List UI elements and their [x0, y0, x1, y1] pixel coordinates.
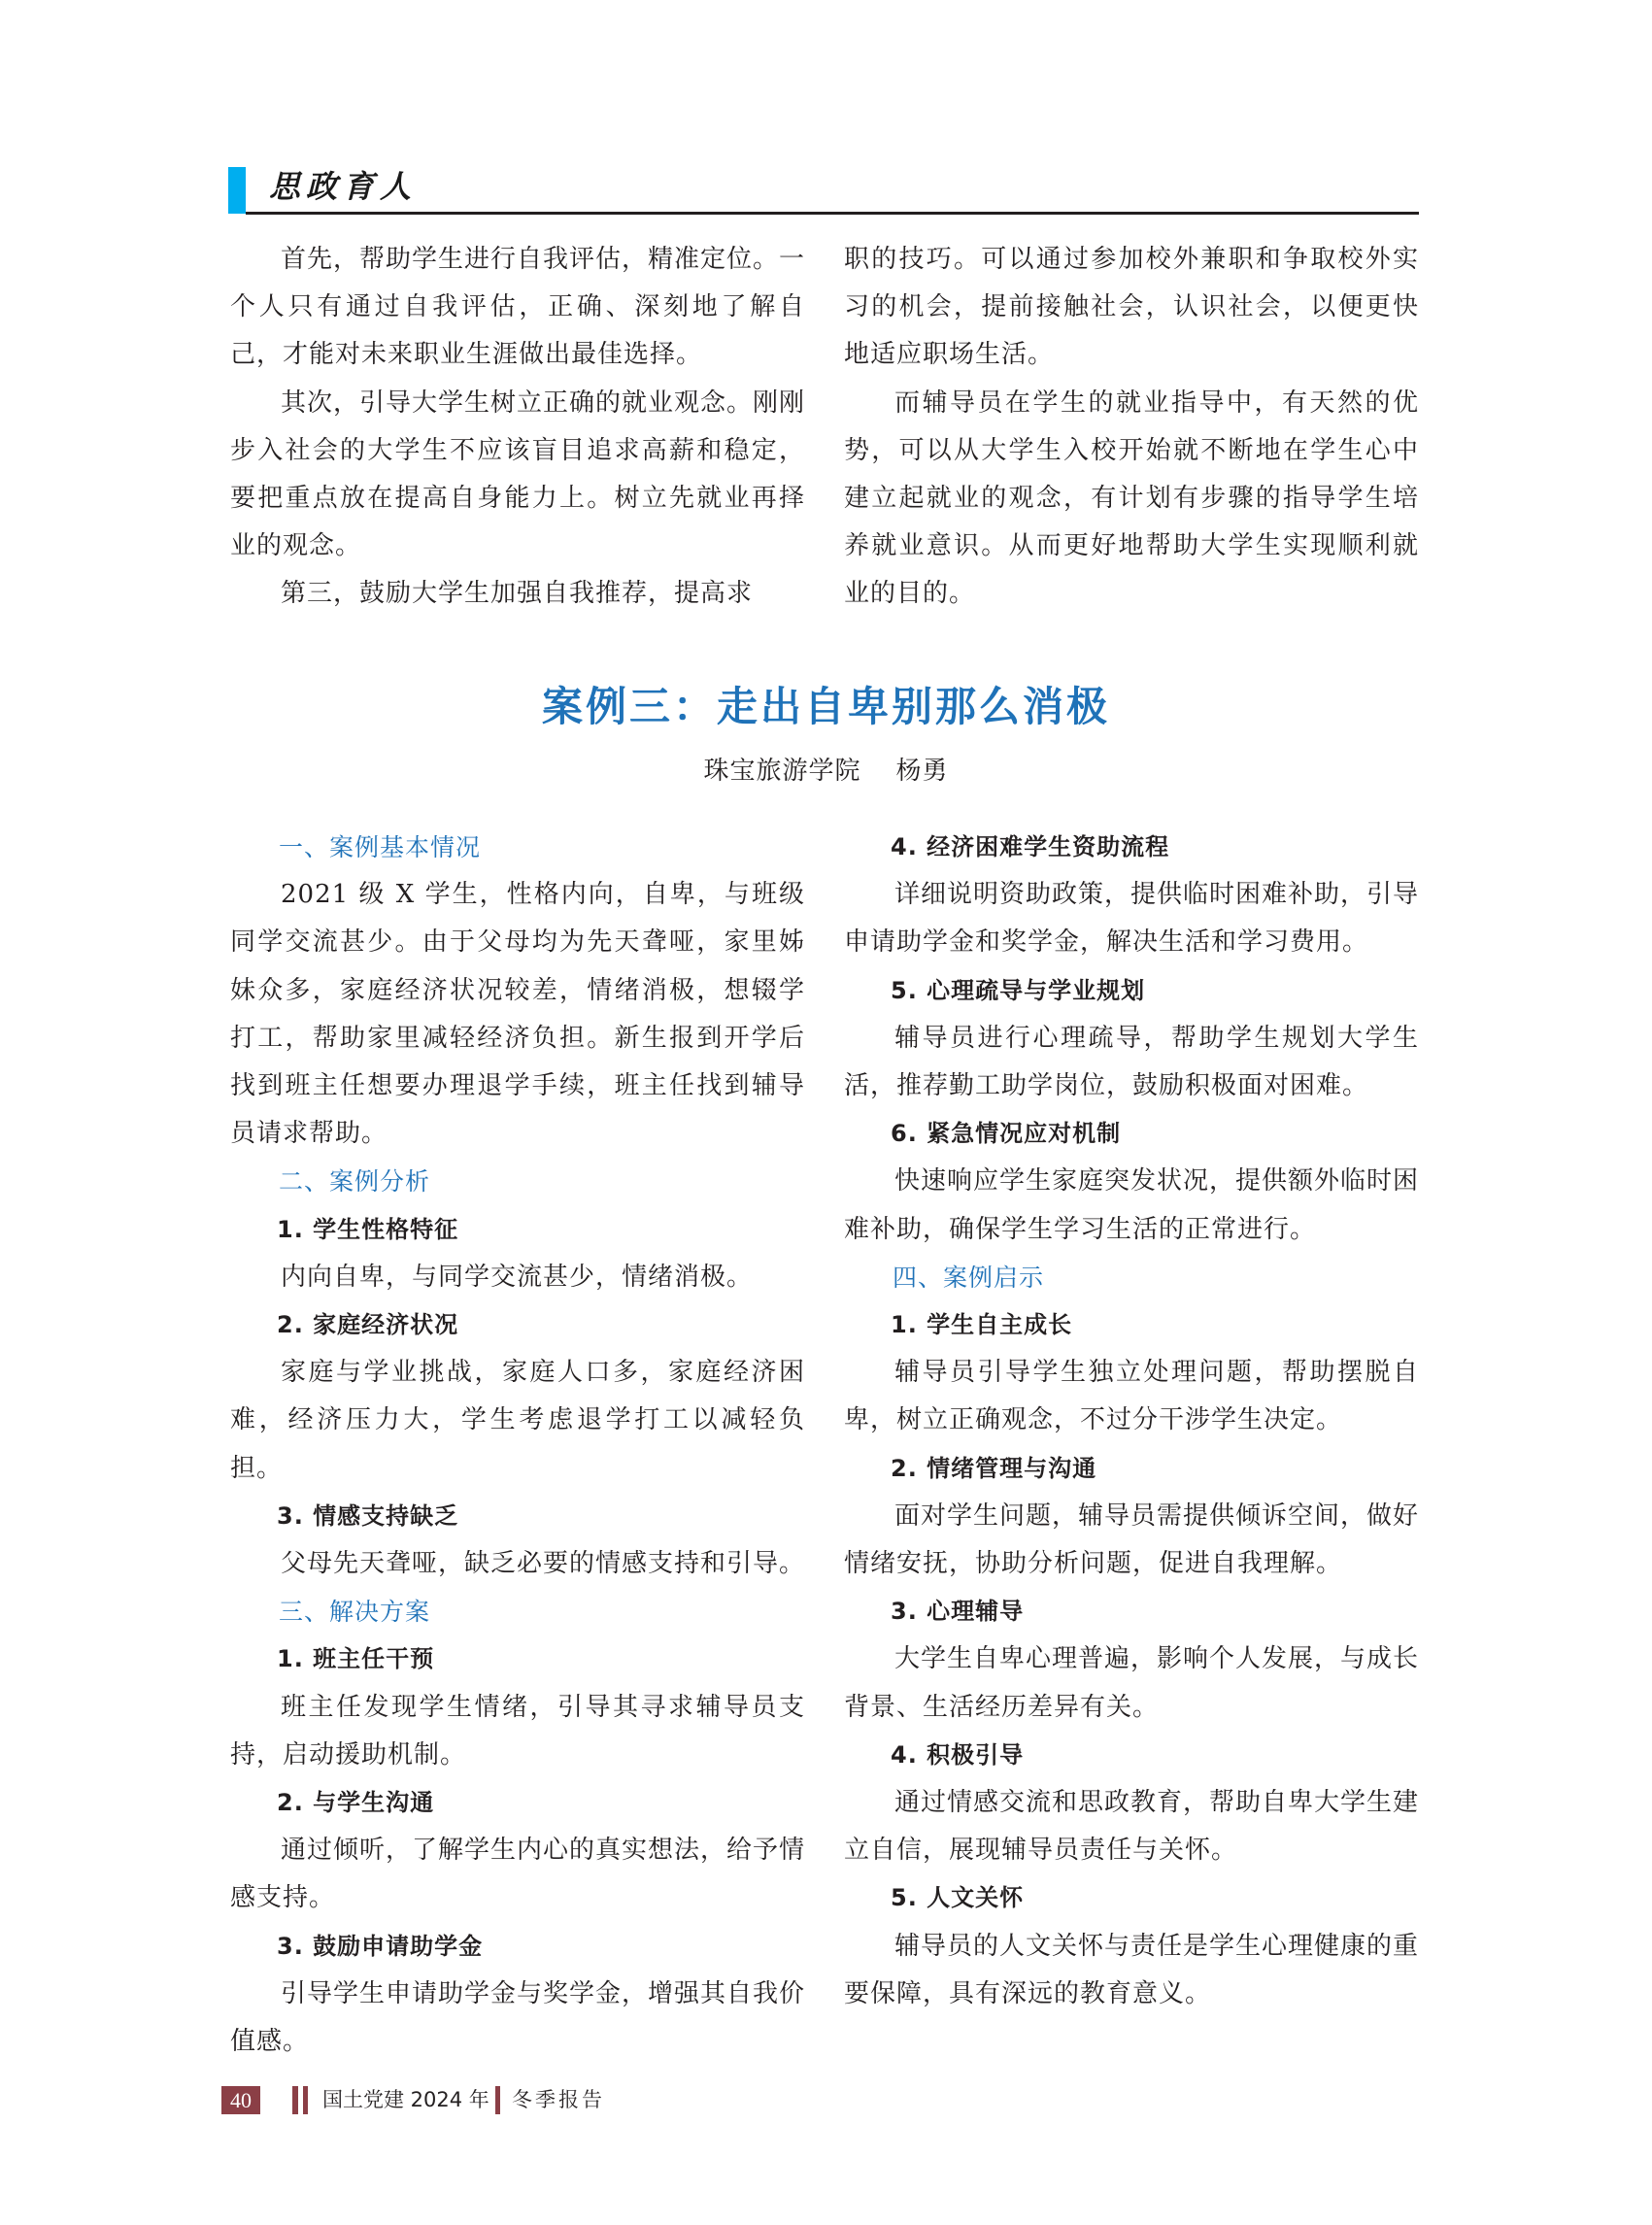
section-heading: 二、案例分析 — [230, 1158, 805, 1205]
item-heading: 5. 心理疏导与学业规划 — [844, 967, 1419, 1015]
item-heading: 6. 紧急情况应对机制 — [844, 1110, 1419, 1158]
item-heading: 4. 积极引导 — [844, 1732, 1419, 1779]
author-name: 杨勇 — [896, 757, 949, 786]
item-text: 通过倾听，了解学生内心的真实想法，给予情感支持。 — [230, 1827, 805, 1922]
intro-continuation: 职的技巧。可以通过参加校外兼职和争取校外实习的机会，提前接触社会，认识社会，以便… — [844, 236, 1419, 380]
intro-left-column: 首先，帮助学生进行自我评估，精准定位。一个人只有通过自我评估，正确、深刻地了解自… — [230, 236, 805, 619]
section-heading: 四、案例启示 — [844, 1254, 1419, 1301]
item-heading: 5. 人文关怀 — [844, 1874, 1419, 1922]
item-text: 引导学生申请助学金与奖学金，增强其自我价值感。 — [230, 1971, 805, 2066]
item-text: 通过情感交流和思政教育，帮助自卑大学生建立自信，展现辅导员责任与关怀。 — [844, 1779, 1419, 1874]
item-heading: 3. 心理辅导 — [844, 1588, 1419, 1635]
item-text: 辅导员进行心理疏导，帮助学生规划大学生活，推荐勤工助学岗位，鼓励积极面对困难。 — [844, 1015, 1419, 1110]
issue-name: 冬季报告 — [512, 2086, 605, 2114]
section-heading: 一、案例基本情况 — [230, 824, 805, 871]
item-text: 大学生自卑心理普遍，影响个人发展，与成长背景、生活经历差异有关。 — [844, 1635, 1419, 1731]
intro-paragraph: 首先，帮助学生进行自我评估，精准定位。一个人只有通过自我评估，正确、深刻地了解自… — [230, 236, 805, 380]
section-heading: 三、解决方案 — [230, 1588, 805, 1635]
item-text: 内向自卑，与同学交流甚少，情绪消极。 — [230, 1254, 805, 1301]
item-heading: 3. 情感支持缺乏 — [230, 1493, 805, 1540]
article-byline: 珠宝旅游学院杨勇 — [0, 752, 1652, 791]
intro-paragraph: 第三，鼓励大学生加强自我推荐，提高求 — [230, 570, 805, 618]
section-paragraph: 2021 级 X 学生，性格内向，自卑，与班级同学交流甚少。由于父母均为先天聋哑… — [230, 871, 805, 1158]
item-heading: 3. 鼓励申请助学金 — [230, 1923, 805, 1971]
item-heading: 2. 与学生沟通 — [230, 1779, 805, 1827]
item-text: 家庭与学业挑战，家庭人口多，家庭经济困难，经济压力大，学生考虑退学打工以减轻负担… — [230, 1349, 805, 1493]
article-title: 案例三：走出自卑别那么消极 — [0, 680, 1652, 734]
footer-separator-bar — [495, 2086, 500, 2114]
item-heading: 1. 班主任干预 — [230, 1635, 805, 1683]
body-right-column: 4. 经济困难学生资助流程 详细说明资助政策，提供临时困难补助，引导申请助学金和… — [844, 824, 1419, 2018]
item-heading: 2. 情绪管理与沟通 — [844, 1445, 1419, 1493]
item-heading: 1. 学生自主成长 — [844, 1301, 1419, 1349]
item-text: 快速响应学生家庭突发状况，提供额外临时困难补助，确保学生学习生活的正常进行。 — [844, 1158, 1419, 1253]
intro-paragraph: 而辅导员在学生的就业指导中，有天然的优势，可以从大学生入校开始就不断地在学生心中… — [844, 380, 1419, 619]
intro-right-column: 职的技巧。可以通过参加校外兼职和争取校外实习的机会，提前接触社会，认识社会，以便… — [844, 236, 1419, 619]
item-heading: 2. 家庭经济状况 — [230, 1301, 805, 1349]
section-title: 思政育人 — [269, 167, 417, 206]
publication-name: 国土党建 2024 年 — [322, 2086, 489, 2114]
item-text: 辅导员的人文关怀与责任是学生心理健康的重要保障，具有深远的教育意义。 — [844, 1923, 1419, 2018]
item-heading: 1. 学生性格特征 — [230, 1206, 805, 1254]
header-rule — [246, 212, 1419, 215]
header-accent-bar — [228, 167, 246, 214]
section-header: 思政育人 — [228, 167, 1419, 214]
intro-paragraph: 其次，引导大学生树立正确的就业观念。刚刚步入社会的大学生不应该盲目追求高薪和稳定… — [230, 380, 805, 571]
item-text: 父母先天聋哑，缺乏必要的情感支持和引导。 — [230, 1540, 805, 1588]
item-heading: 4. 经济困难学生资助流程 — [844, 824, 1419, 871]
body-left-column: 一、案例基本情况 2021 级 X 学生，性格内向，自卑，与班级同学交流甚少。由… — [230, 824, 805, 2066]
item-text: 辅导员引导学生独立处理问题，帮助摆脱自卑，树立正确观念，不过分干涉学生决定。 — [844, 1349, 1419, 1444]
author-affiliation: 珠宝旅游学院 — [703, 757, 860, 786]
item-text: 详细说明资助政策，提供临时困难补助，引导申请助学金和奖学金，解决生活和学习费用。 — [844, 871, 1419, 966]
page-number: 40 — [221, 2086, 260, 2114]
item-text: 班主任发现学生情绪，引导其寻求辅导员支持，启动援助机制。 — [230, 1684, 805, 1779]
footer-double-bar-icon — [292, 2086, 310, 2114]
item-text: 面对学生问题，辅导员需提供倾诉空间，做好情绪安抚，协助分析问题，促进自我理解。 — [844, 1493, 1419, 1588]
